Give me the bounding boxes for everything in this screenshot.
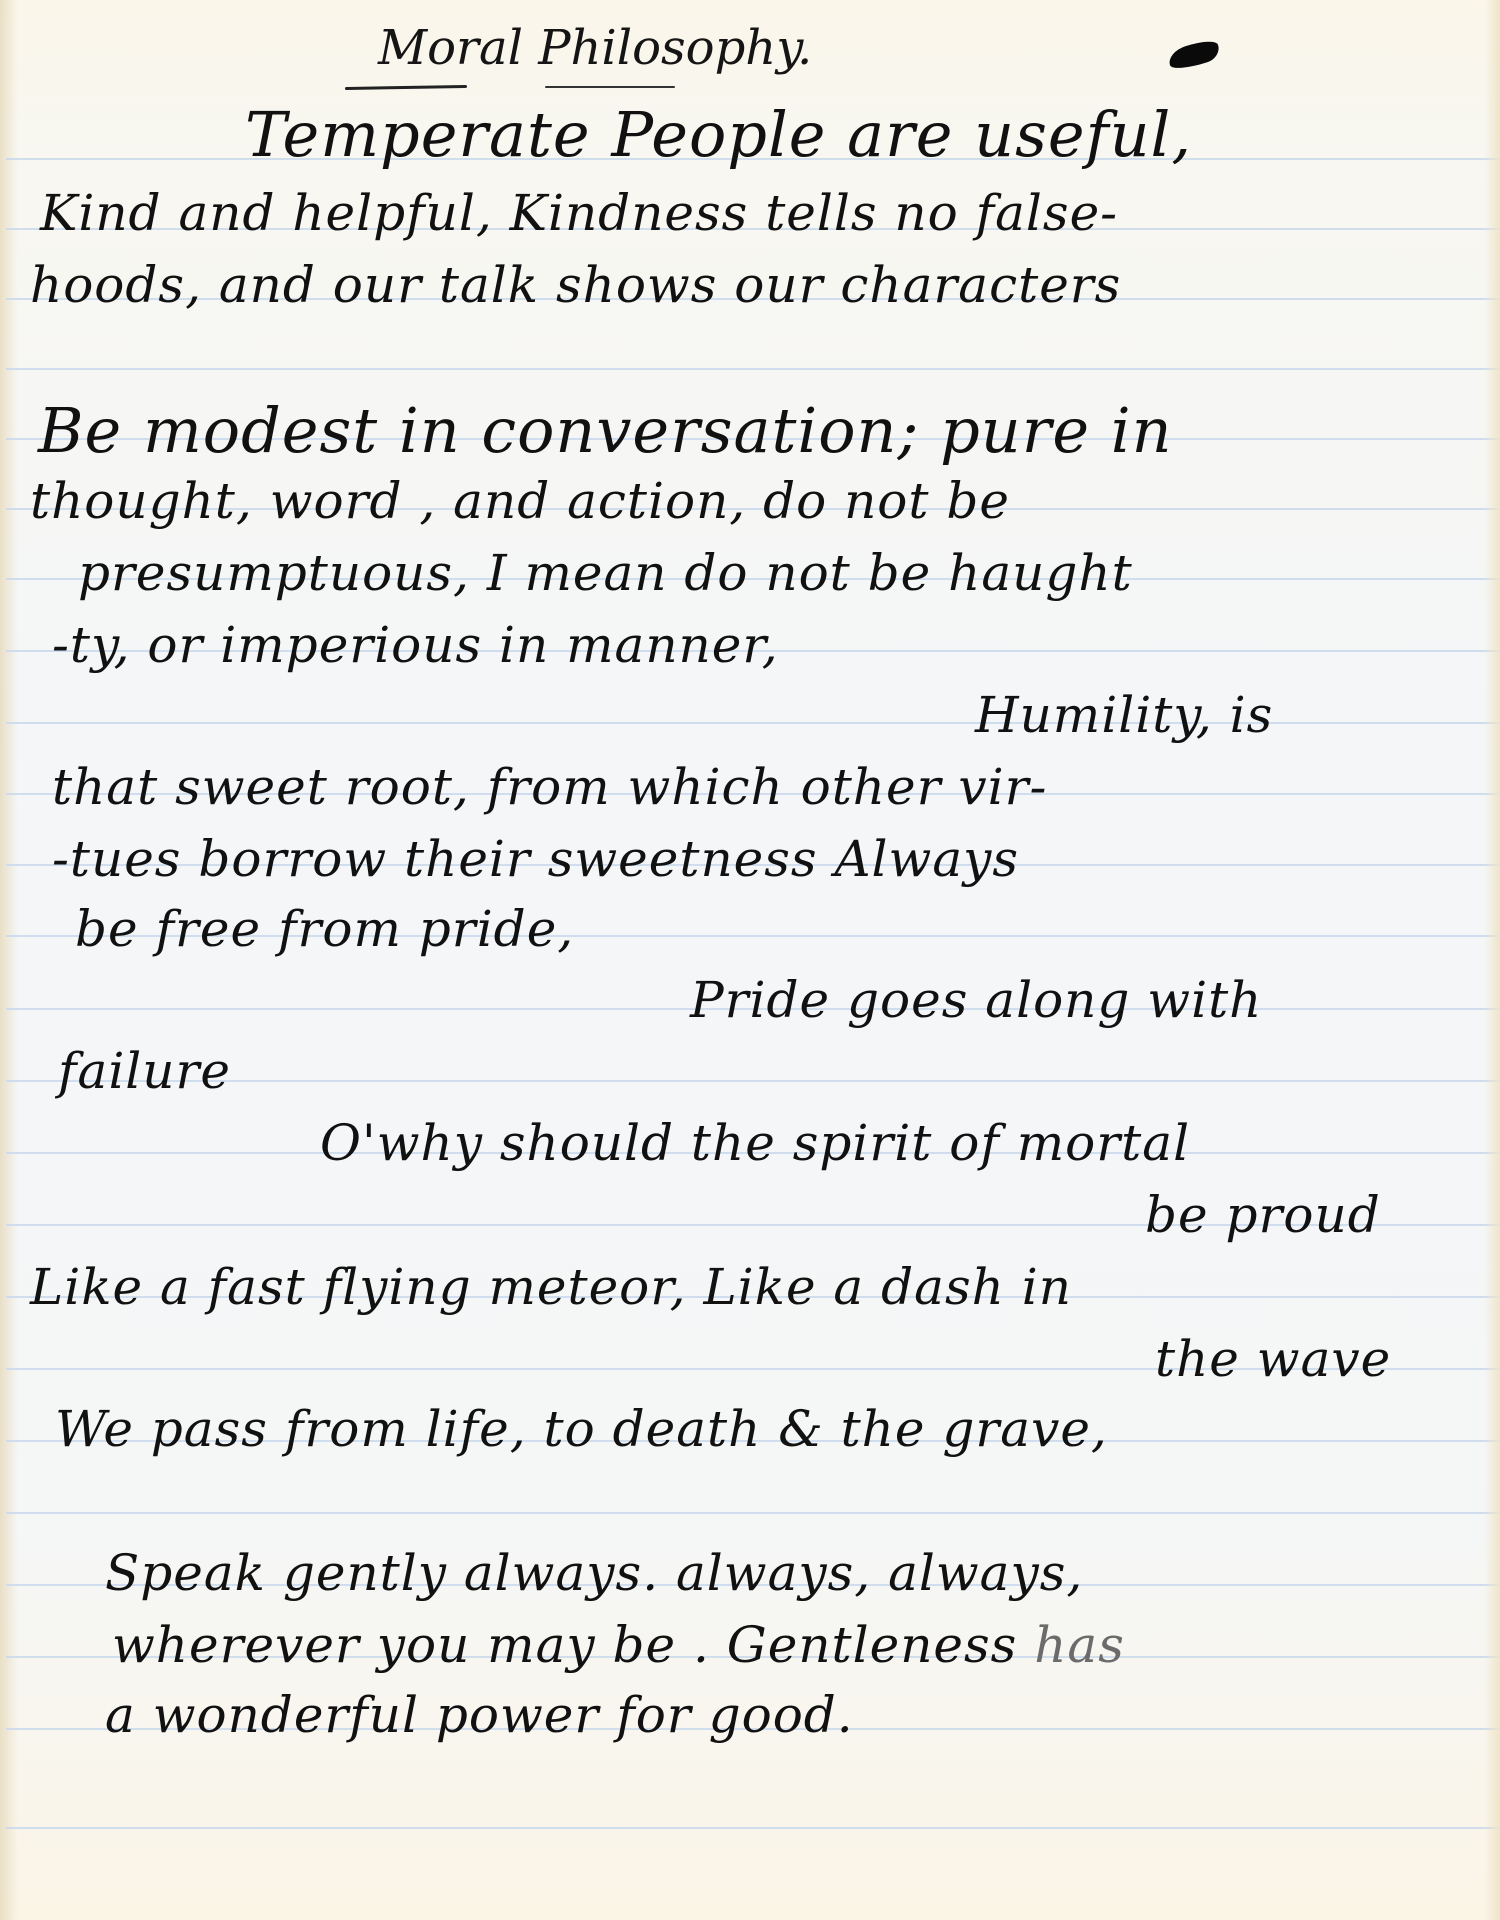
text-line: wherever you may be . Gentleness has <box>112 1620 1125 1670</box>
text-segment: wherever you may be . Gentleness <box>112 1616 1017 1674</box>
text-line: that sweet root, from which other vir- <box>52 762 1047 812</box>
text-line: failure <box>58 1046 231 1096</box>
ruled-line <box>6 368 1500 370</box>
ruled-line <box>6 1512 1500 1514</box>
text-line: presumptuous, I mean do not be haught <box>78 548 1133 598</box>
text-line: thought, word , and action, do not be <box>30 476 1010 526</box>
text-line: Temperate People are useful, <box>245 104 1192 166</box>
text-line: Pride goes along with <box>690 975 1262 1025</box>
text-line: We pass from life, to death & the grave, <box>55 1404 1108 1454</box>
text-line: Speak gently always. always, always, <box>105 1548 1083 1598</box>
text-line: hoods, and our talk shows our characters <box>30 260 1121 310</box>
text-line: the wave <box>1155 1334 1391 1384</box>
text-line: a wonderful power for good. <box>105 1690 854 1740</box>
text-line: Be modest in conversation; pure in <box>38 400 1173 462</box>
text-line: Humility, is <box>975 690 1273 740</box>
text-line: Kind and helpful, Kindness tells no fals… <box>40 188 1118 238</box>
ruled-line <box>6 1827 1500 1829</box>
title-underline <box>345 85 467 90</box>
text-line: Like a fast flying meteor, Like a dash i… <box>30 1262 1072 1312</box>
text-line: -tues borrow their sweetness Always <box>52 834 1019 884</box>
ink-blot-mark <box>1166 37 1222 74</box>
text-line: -ty, or imperious in manner, <box>52 620 779 670</box>
title-underline <box>545 86 675 88</box>
page-title: Moral Philosophy. <box>378 20 812 76</box>
ruled-line <box>6 722 1500 724</box>
text-line: be free from pride, <box>75 904 574 954</box>
text-line: O'why should the spirit of mortal <box>320 1118 1190 1168</box>
faded-word: has <box>1034 1616 1125 1674</box>
text-line: be proud <box>1145 1190 1381 1240</box>
notebook-page: Moral Philosophy. Temperate People are u… <box>0 0 1500 1920</box>
